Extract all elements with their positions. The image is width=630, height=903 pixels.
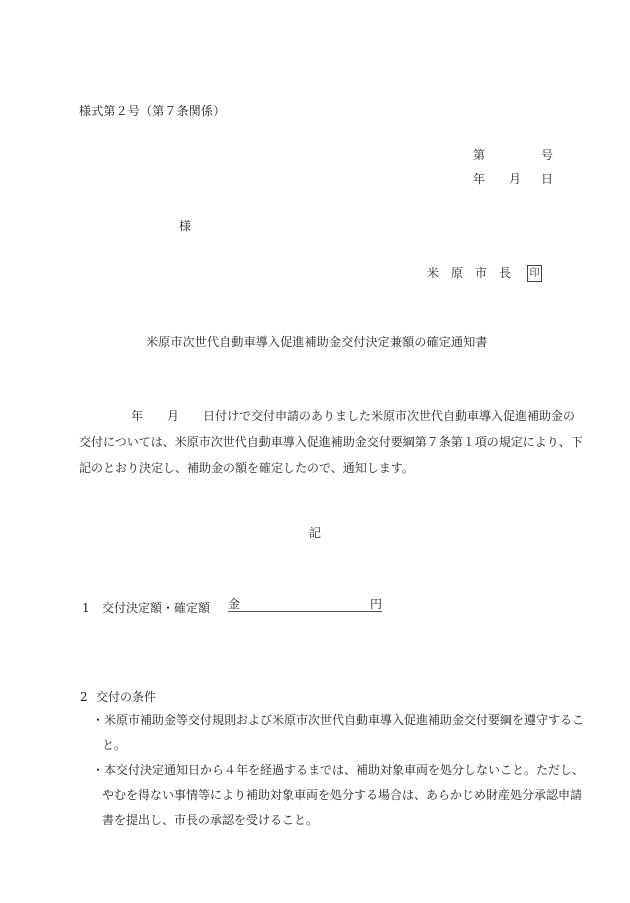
seal-stamp-icon: 印 (527, 265, 542, 282)
body-line-1-rest: 日付けで交付申請のありました米原市次世代自動車導入促進補助金の (203, 409, 575, 423)
condition-line: ・米原市補助金等交付規則および米原市次世代自動車導入促進補助金交付要綱を遵守する… (92, 708, 562, 733)
condition-item: ・本交付決定通知日から４年を経過するまでは、補助対象車両を処分しないこと。ただし… (92, 758, 562, 833)
addressee: 様 (179, 217, 191, 234)
item-grant-amount: 1交付決定額・確定額金円 (82, 595, 382, 616)
amount-prefix: 金 (228, 595, 240, 612)
item-number: 2 (80, 690, 96, 704)
date-day: 日 (541, 170, 553, 187)
condition-item: ・米原市補助金等交付規則および米原市次世代自動車導入促進補助金交付要綱を遵守する… (92, 708, 562, 758)
body-line-3: 記のとおり決定し、補助金の額を確定したので、通知します。 (79, 455, 559, 481)
condition-line: 書を提出し、市長の承認を受けること。 (92, 808, 562, 833)
amount-suffix: 円 (370, 595, 382, 612)
document-title: 米原市次世代自動車導入促進補助金交付決定兼額の確定通知書 (146, 333, 488, 350)
body-paragraph: 年月日付けで交付申請のありました米原市次世代自動車導入促進補助金の 交付について… (79, 403, 559, 481)
sender-mayor: 米原市長印 (427, 264, 542, 282)
item-conditions-heading: 2交付の条件 (80, 688, 156, 705)
body-year: 年 (131, 409, 143, 423)
form-number: 様式第２号（第７条関係） (79, 102, 225, 119)
document-number-suffix: 号 (541, 146, 553, 163)
sender-char: 長 (499, 264, 523, 281)
body-month: 月 (167, 409, 179, 423)
date-year: 年 (473, 170, 485, 187)
sender-char: 市 (475, 264, 499, 281)
sender-char: 米 (427, 264, 451, 281)
item-label: 交付決定額・確定額 (102, 599, 228, 616)
condition-line: ・本交付決定通知日から４年を経過するまでは、補助対象車両を処分しないこと。ただし… (92, 758, 562, 783)
document-number-prefix: 第 (473, 146, 485, 163)
date-month: 月 (509, 170, 521, 187)
amount-field: 金円 (228, 595, 382, 612)
item-label: 交付の条件 (96, 690, 156, 704)
item-number: 1 (82, 601, 102, 615)
condition-line: やむを得ない事情等により補助対象車両を処分する場合は、あらかじめ財産処分承認申請 (92, 783, 562, 808)
sender-char: 原 (451, 264, 475, 281)
condition-line: と。 (92, 733, 562, 758)
ki-heading: 記 (309, 524, 321, 541)
body-line-2: 交付については、米原市次世代自動車導入促進補助金交付要綱第７条第１項の規定により… (79, 429, 559, 455)
body-line-1: 年月日付けで交付申請のありました米原市次世代自動車導入促進補助金の (79, 403, 559, 429)
